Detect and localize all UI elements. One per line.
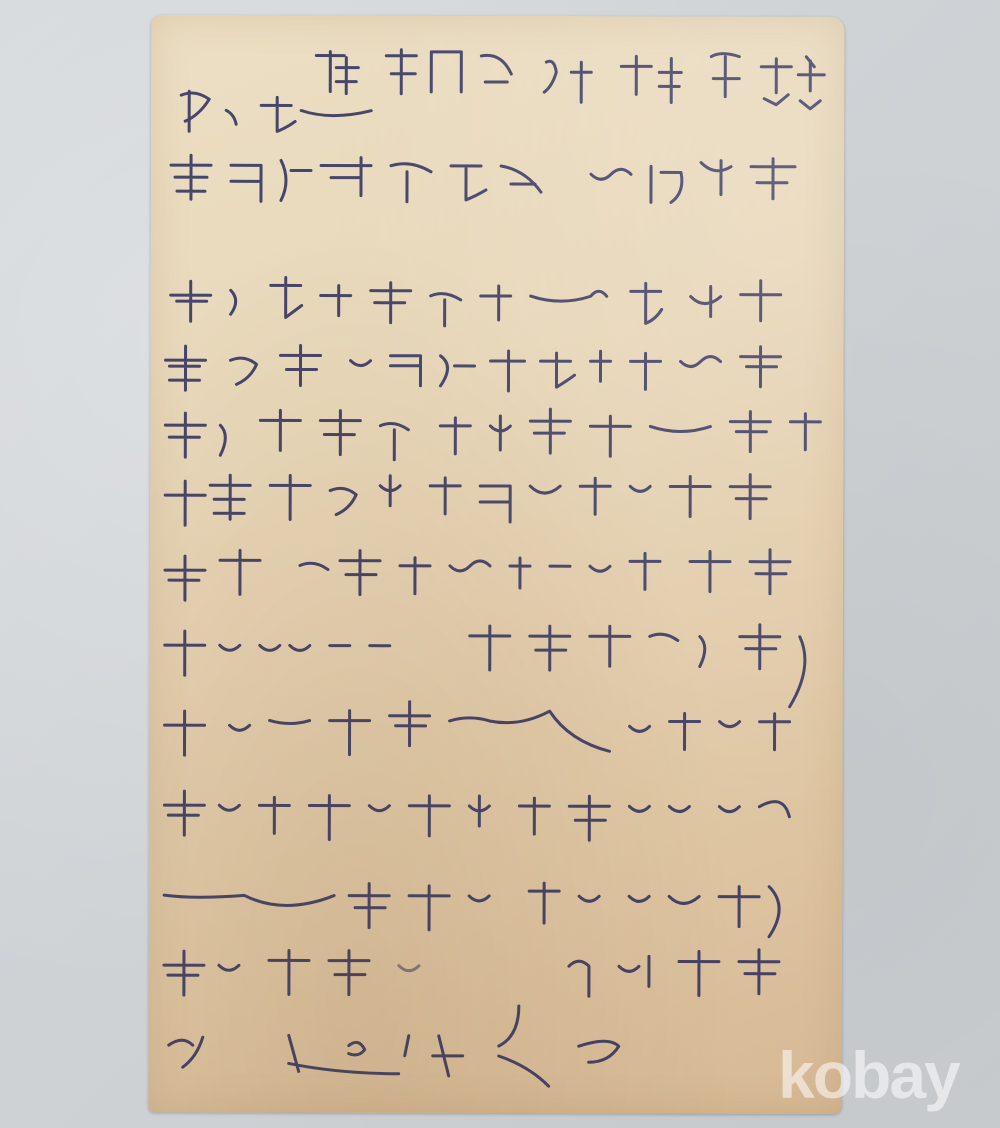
postcard xyxy=(149,15,845,1114)
watermark: kobay xyxy=(778,1042,959,1108)
handwriting-strokes xyxy=(149,15,845,1114)
